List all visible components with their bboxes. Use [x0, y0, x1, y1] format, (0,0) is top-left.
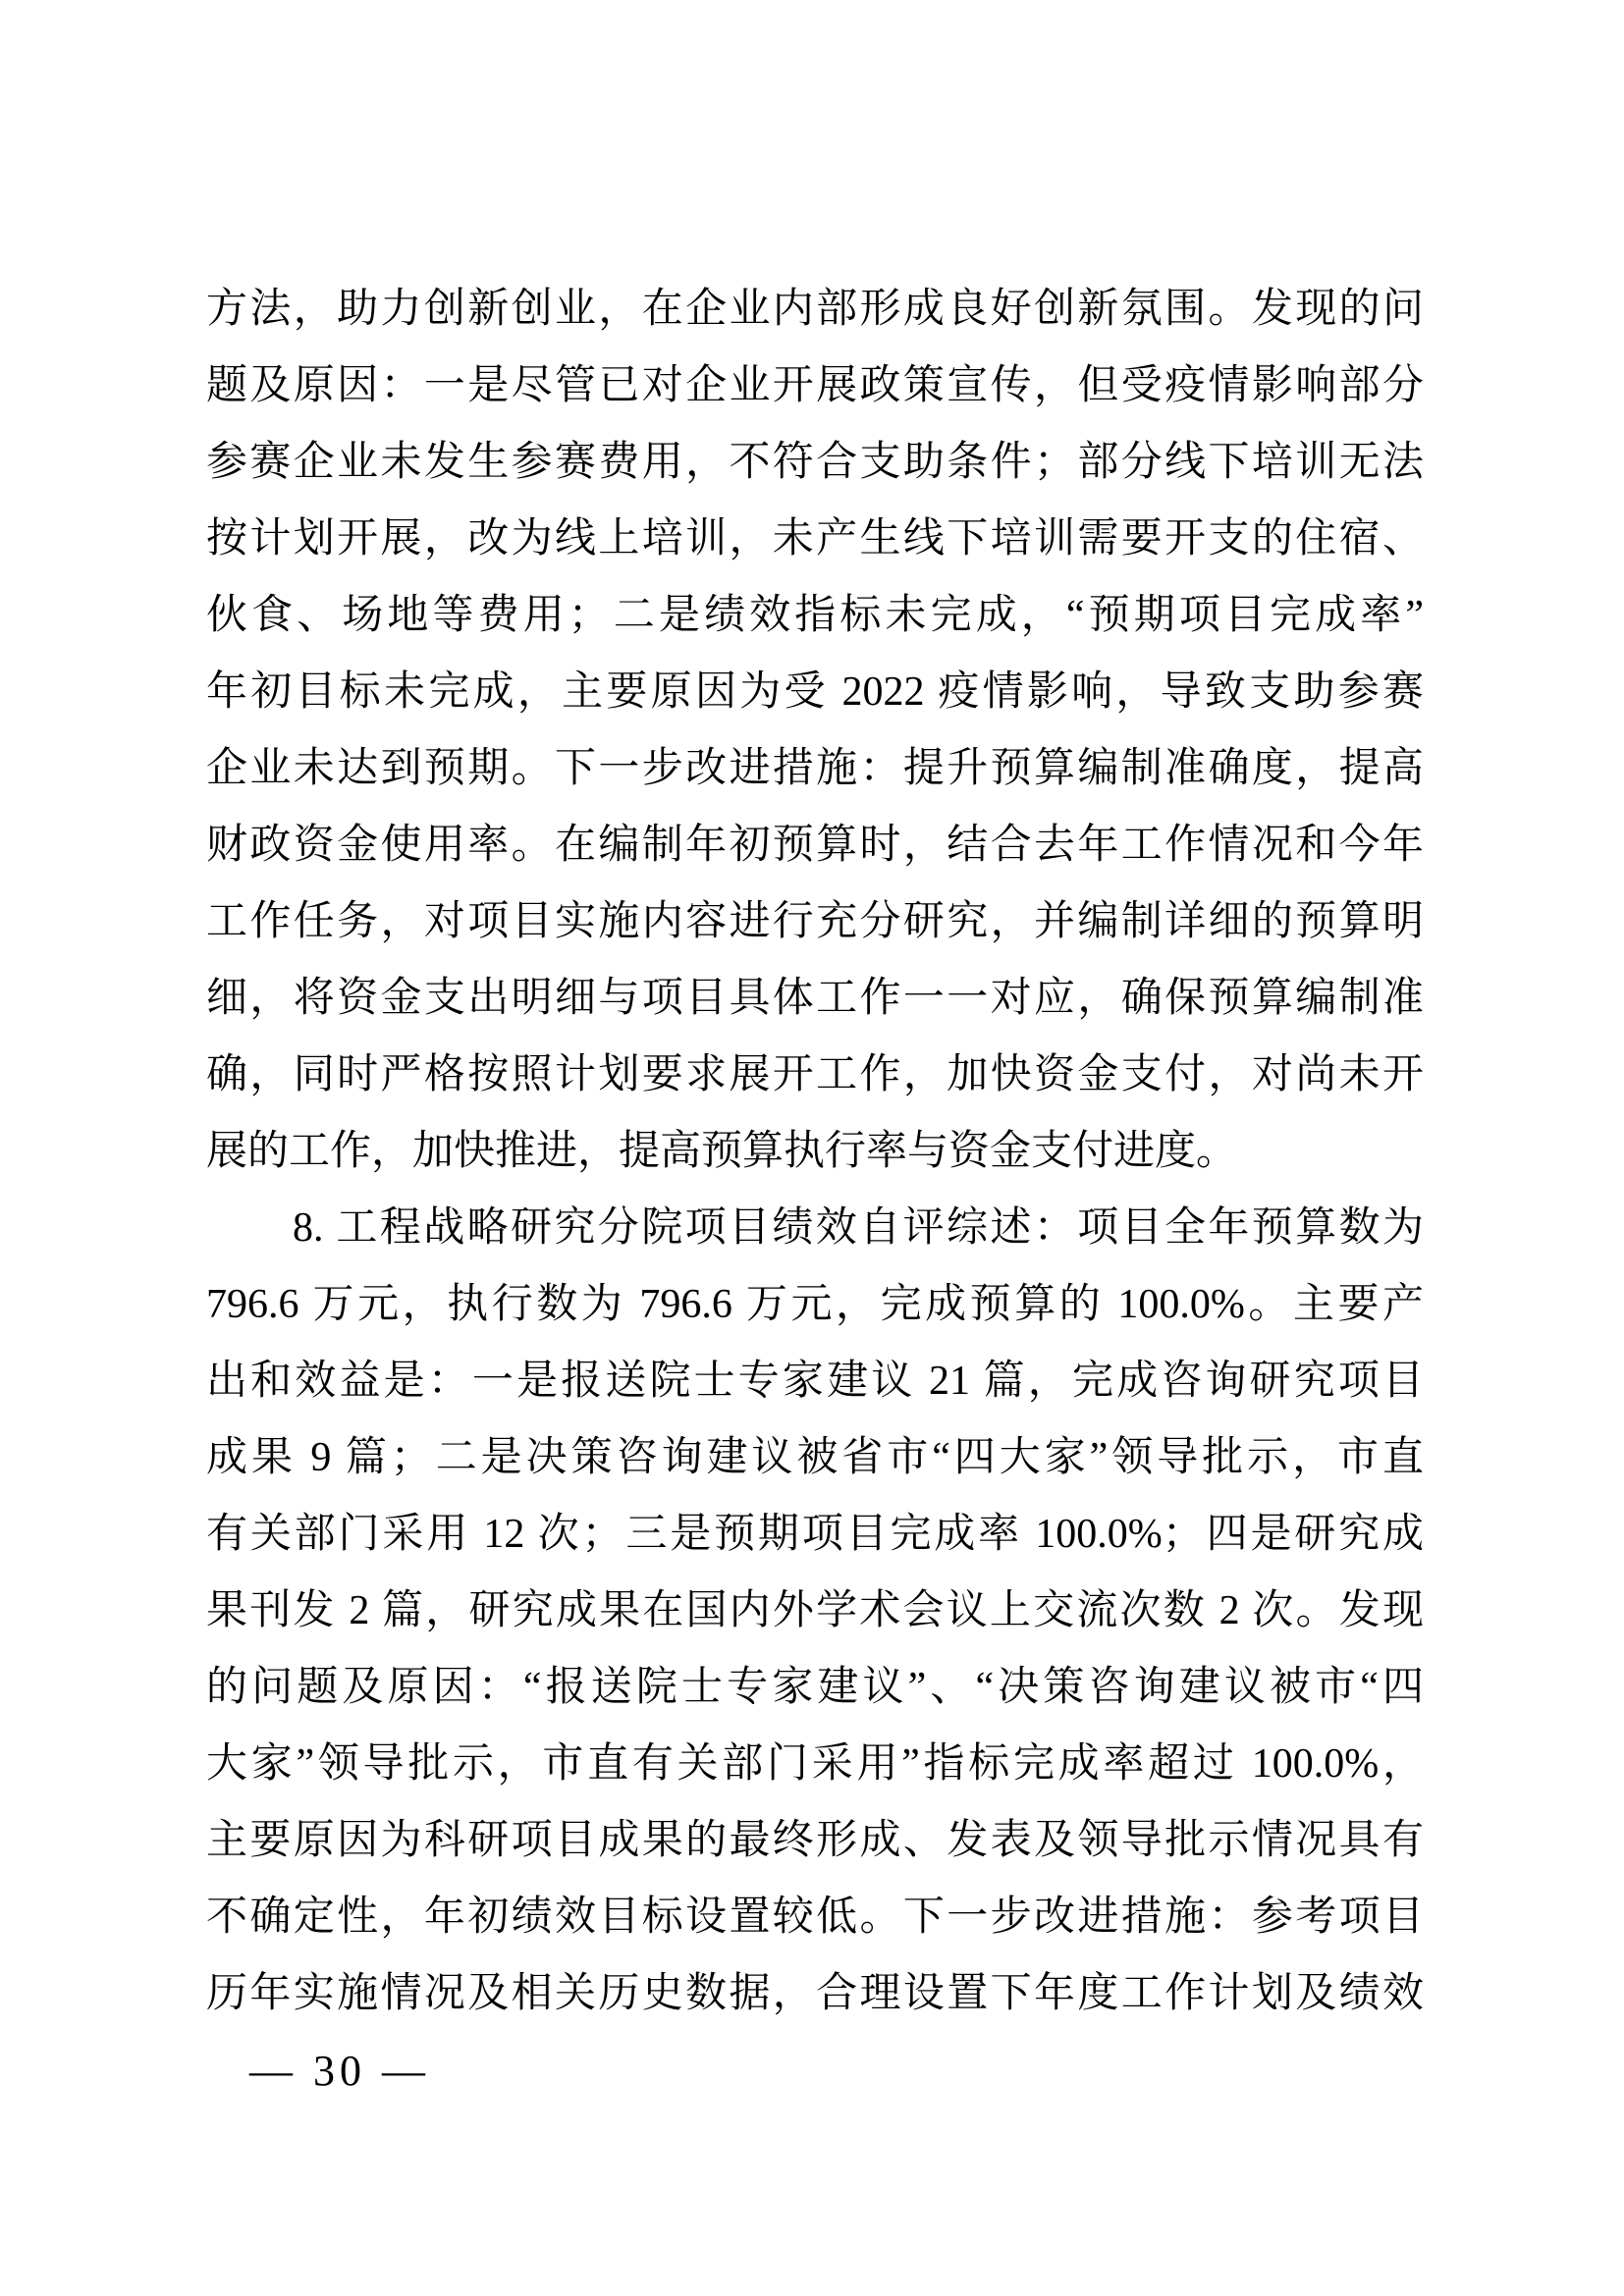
text-line: 确，同时严格按照计划要求展开工作，加快资金支付，对尚未开	[206, 1037, 1424, 1113]
text-line: 按计划开展，改为线上培训，未产生线下培训需要开支的住宿、	[206, 501, 1424, 577]
text-line: 财政资金使用率。在编制年初预算时，结合去年工作情况和今年	[206, 807, 1424, 883]
text-line: 主要原因为科研项目成果的最终形成、发表及领导批示情况具有	[206, 1802, 1424, 1879]
text-line: 参赛企业未发生参赛费用，不符合支助条件；部分线下培训无法	[206, 424, 1424, 501]
text-line: 展的工作，加快推进，提高预算执行率与资金支付进度。	[206, 1113, 1424, 1190]
text-line: 不确定性，年初绩效目标设置较低。下一步改进措施：参考项目	[206, 1879, 1424, 1955]
text-line: 的问题及原因：“报送院士专家建议”、“决策咨询建议被市“四	[206, 1649, 1424, 1726]
text-line: 企业未达到预期。下一步改进措施：提升预算编制准确度，提高	[206, 730, 1424, 807]
text-line: 细，将资金支出明细与项目具体工作一一对应，确保预算编制准	[206, 960, 1424, 1037]
text-block: 方法，助力创新创业，在企业内部形成良好创新氛围。发现的问题及原因：一是尽管已对企…	[206, 271, 1424, 2032]
text-line: 方法，助力创新创业，在企业内部形成良好创新氛围。发现的问	[206, 271, 1424, 347]
document-page: 方法，助力创新创业，在企业内部形成良好创新氛围。发现的问题及原因：一是尽管已对企…	[0, 0, 1624, 2296]
text-line: 果刊发 2 篇，研究成果在国内外学术会议上交流次数 2 次。发现	[206, 1573, 1424, 1649]
text-line: 伙食、场地等费用；二是绩效指标未完成，“预期项目完成率”	[206, 577, 1424, 654]
text-line: 出和效益是：一是报送院士专家建议 21 篇，完成咨询研究项目	[206, 1343, 1424, 1419]
text-line: 年初目标未完成，主要原因为受 2022 疫情影响，导致支助参赛	[206, 654, 1424, 730]
text-line: 题及原因：一是尽管已对企业开展政策宣传，但受疫情影响部分	[206, 347, 1424, 424]
text-line: 796.6 万元，执行数为 796.6 万元，完成预算的 100.0%。主要产	[206, 1266, 1424, 1343]
text-line: 历年实施情况及相关历史数据，合理设置下年度工作计划及绩效	[206, 1955, 1424, 2032]
text-line: 工作任务，对项目实施内容进行充分研究，并编制详细的预算明	[206, 883, 1424, 960]
page-number: — 30 —	[249, 2040, 430, 2103]
text-line: 成果 9 篇；二是决策咨询建议被省市“四大家”领导批示，市直	[206, 1419, 1424, 1496]
text-line: 大家”领导批示，市直有关部门采用”指标完成率超过 100.0%，	[206, 1726, 1424, 1802]
text-line: 8. 工程战略研究分院项目绩效自评综述：项目全年预算数为	[206, 1190, 1424, 1266]
text-line: 有关部门采用 12 次；三是预期项目完成率 100.0%；四是研究成	[206, 1496, 1424, 1573]
